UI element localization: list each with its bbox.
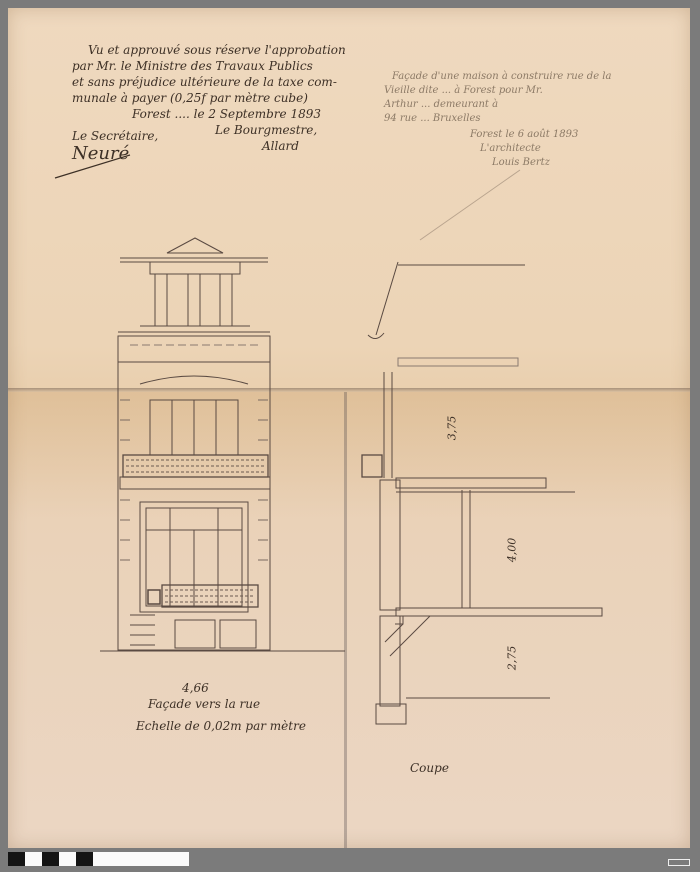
scan-calibration-chip	[668, 859, 690, 866]
scan-scale-bar	[8, 852, 189, 866]
dimension-label: 3,75	[444, 416, 460, 441]
scale-caption: Echelle de 0,02m par mètre	[136, 718, 306, 734]
facade-caption: Façade vers la rue	[148, 696, 260, 712]
dimension-label: 4,00	[504, 538, 520, 563]
facade-elevation	[100, 238, 345, 651]
dimension-label: 2,75	[504, 646, 520, 671]
facade-width-dimension: 4,66	[182, 680, 209, 696]
section-caption: Coupe	[410, 760, 449, 776]
section-drawing	[362, 262, 602, 724]
architectural-linework	[0, 0, 700, 872]
